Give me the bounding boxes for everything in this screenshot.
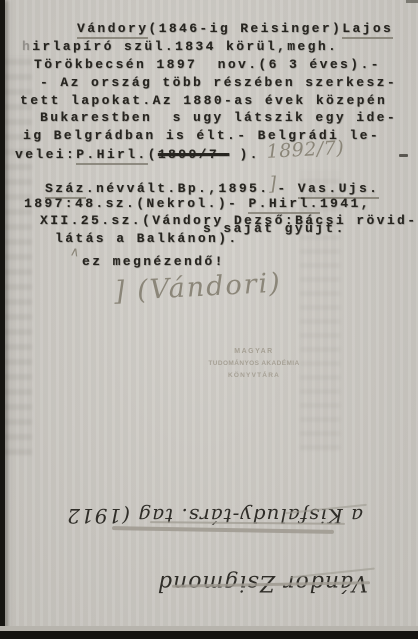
typed-text: irlapíró szül.1834 körül,megh. — [32, 39, 338, 54]
typed-text: h — [22, 39, 32, 54]
typed-insertion-line: s saját gyüjt. — [203, 221, 346, 236]
typed-line-10: 1897:48.sz.(Nekrol.)- P.Hirl.1941, — [24, 196, 371, 211]
typed-text: (1846-ig Reisinger) — [148, 21, 342, 36]
typed-line-8: velei:P.Hirl.(1899/7— ). 1892/7) — [15, 145, 344, 162]
scanned-catalog-card: Vándory(1846-ig Reisinger)Lajoshirlapíró… — [0, 0, 418, 639]
typed-text: ). — [229, 147, 260, 162]
bleedthrough-smudge-left — [4, 55, 32, 455]
typed-line-3: Törökbecsén 1897 nov.(6 3 éves).- — [34, 57, 381, 72]
typed-text: P.Hirl. — [248, 196, 319, 214]
given-name: Lajos — [342, 21, 393, 39]
library-stamp: MAGYAR TUDOMÁNYOS AKADÉMIA KÖNYVTÁRA — [198, 348, 310, 379]
typed-line-2: hirlapíró szül.1834 körül,megh. — [22, 39, 338, 54]
surname: Vándory — [77, 21, 148, 39]
typed-text: .névvált.Bp.,1895. — [86, 181, 270, 196]
pencil-correction: 1892/7) — [260, 141, 345, 160]
typed-text: ( — [148, 147, 158, 162]
typed-text: velei: — [15, 147, 76, 162]
typed-text: tett lapokat.Az 1880-as évek közepén — [20, 93, 387, 108]
typed-text: P.Hirl. — [76, 147, 147, 165]
scan-border-left — [0, 0, 5, 639]
typed-line-13: ez megnézendő! — [82, 254, 225, 269]
typed-text: - Az ország több részében szerkesz- — [40, 75, 397, 90]
typed-line-1: Vándory(1846-ig Reisinger)Lajos — [77, 21, 393, 36]
struck-date: 1899/7— — [158, 147, 229, 162]
stamp-line-1: MAGYAR — [198, 348, 310, 355]
scan-corner-mark — [406, 0, 418, 3]
typed-text: Törökbecsén 1897 nov.(6 3 éves).- — [34, 57, 381, 72]
typed-text: - — [277, 181, 297, 196]
typed-text: Bukarestben s ugy látszik egy ide- — [40, 110, 397, 125]
stamp-line-3: KÖNYVTÁRA — [198, 372, 310, 379]
stamp-line-2: TUDOMÁNYOS AKADÉMIA — [198, 360, 310, 367]
typed-line-4: - Az ország több részében szerkesz- — [40, 75, 397, 90]
typed-line-9: Száz.névvált.Bp.,1895.]- Vas.Ujs. — [45, 179, 379, 196]
scan-border-bottom — [0, 631, 418, 639]
typed-text: ez megnézendő! — [82, 254, 225, 269]
typed-line-5: tett lapokat.Az 1880-as évek közepén — [20, 93, 387, 108]
stray-ink-mark — [399, 154, 408, 157]
typed-line-6: Bukarestben s ugy látszik egy ide- — [40, 110, 397, 125]
typed-text: 1897:48.sz.(Nekrol.)- — [24, 196, 248, 211]
pencil-handwritten-note: ] (Vándori) — [113, 268, 282, 308]
typed-text: 1941, — [320, 196, 371, 211]
pencil-caret-mark: ∧ — [69, 244, 81, 260]
pencil-bracket: ] — [269, 177, 278, 192]
